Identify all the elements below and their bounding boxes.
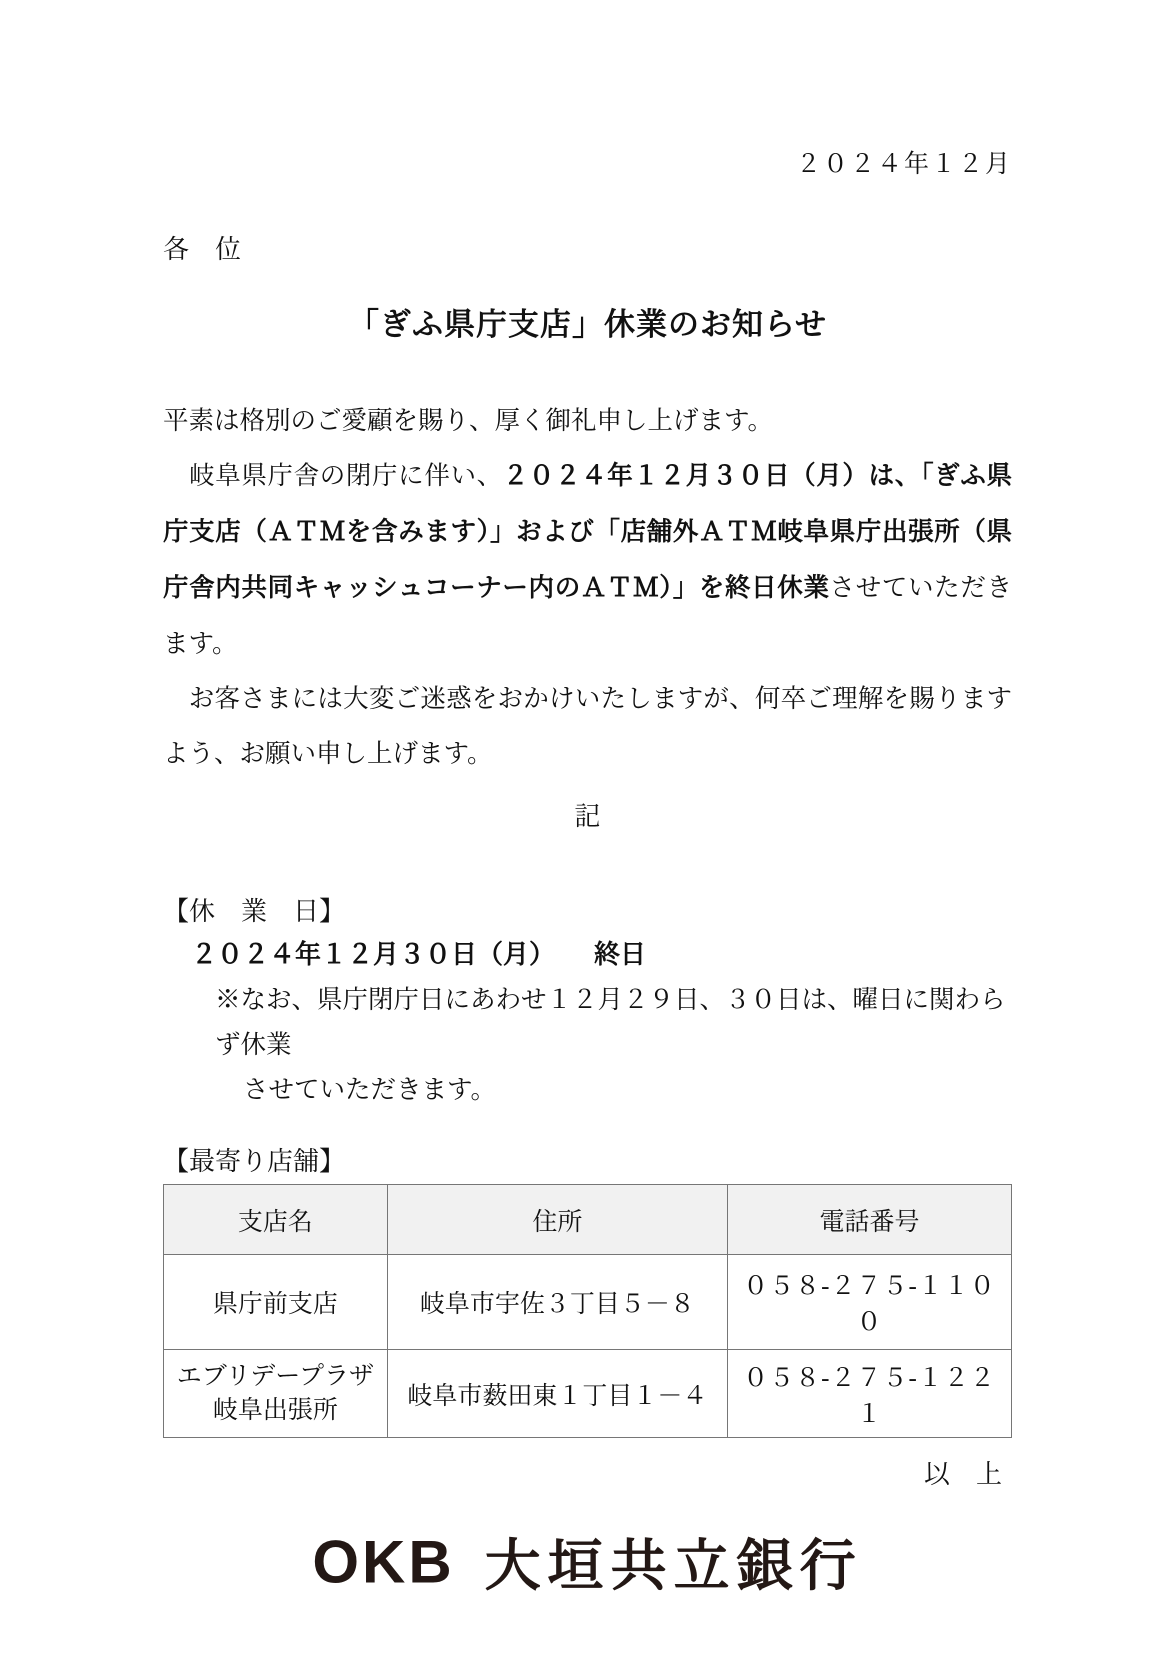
closed-note-line2: させていただきます。 xyxy=(163,1067,1012,1112)
nearest-branches-heading: 【最寄り店舗】 xyxy=(163,1142,1012,1182)
closure-paragraph: 岐阜県庁舎の閉庁に伴い、２０２４年１２月３０日（月）は、「ぎふ県庁支店（ＡＴＭを… xyxy=(163,448,1012,671)
closure-paragraph-lead: 岐阜県庁舎の閉庁に伴い、 xyxy=(163,461,503,490)
document-date: ２０２４年１２月 xyxy=(163,0,1012,180)
branch-name-line2: 岐阜出張所 xyxy=(168,1394,383,1428)
table-row: 県庁前支店 岐阜市宇佐３丁目５－８ ０５８-２７５-１１００ xyxy=(164,1255,1012,1350)
table-row: エブリデープラザ岐阜出張所 岐阜市薮田東１丁目１－４ ０５８-２７５-１２２１ xyxy=(164,1350,1012,1438)
phone-cell: ０５８-２７５-１２２１ xyxy=(727,1350,1011,1438)
notice-document: ２０２４年１２月 各 位 「ぎふ県庁支店」休業のお知らせ 平素は格別のご愛顧を賜… xyxy=(0,0,1170,1654)
apology-paragraph: お客さまには大変ご迷惑をおかけいたしますが、何卒ご理解を賜りますよう、お願い申し… xyxy=(163,671,1012,781)
branch-name-line1: エブリデープラザ xyxy=(168,1360,383,1394)
salutation: 各 位 xyxy=(163,235,1012,265)
closed-note-line1: ※なお、県庁閉庁日にあわせ１２月２９日、３０日は、曜日に関わらず休業 xyxy=(163,977,1012,1067)
closing-marker: 以 上 xyxy=(163,1460,1012,1490)
bank-logo-kanji: 大垣共立銀行 xyxy=(485,1534,863,1597)
address-cell: 岐阜市宇佐３丁目５－８ xyxy=(387,1255,727,1350)
greeting-paragraph: 平素は格別のご愛顧を賜り、厚く御礼申し上げます。 xyxy=(163,393,1012,448)
page-title: 「ぎふ県庁支店」休業のお知らせ xyxy=(163,307,1012,343)
header-branch-name: 支店名 xyxy=(164,1185,388,1255)
branch-name-cell: 県庁前支店 xyxy=(164,1255,388,1350)
closed-days-heading: 【休 業 日】 xyxy=(163,892,1012,932)
address-cell: 岐阜市薮田東１丁目１－４ xyxy=(387,1350,727,1438)
branch-name-cell: エブリデープラザ岐阜出張所 xyxy=(164,1350,388,1438)
header-address: 住所 xyxy=(387,1185,727,1255)
header-phone: 電話番号 xyxy=(727,1185,1011,1255)
bank-logo-latin: OKB xyxy=(312,1529,454,1596)
record-marker: 記 xyxy=(163,789,1012,844)
phone-cell: ０５８-２７５-１１００ xyxy=(727,1255,1011,1350)
branch-table: 支店名 住所 電話番号 県庁前支店 岐阜市宇佐３丁目５－８ ０５８-２７５-１１… xyxy=(163,1184,1012,1438)
table-header-row: 支店名 住所 電話番号 xyxy=(164,1185,1012,1255)
bank-logo: OKB 大垣共立銀行 xyxy=(163,1522,1012,1602)
closed-date-line: ２０２４年１２月３０日（月） 終日 xyxy=(163,932,1012,977)
